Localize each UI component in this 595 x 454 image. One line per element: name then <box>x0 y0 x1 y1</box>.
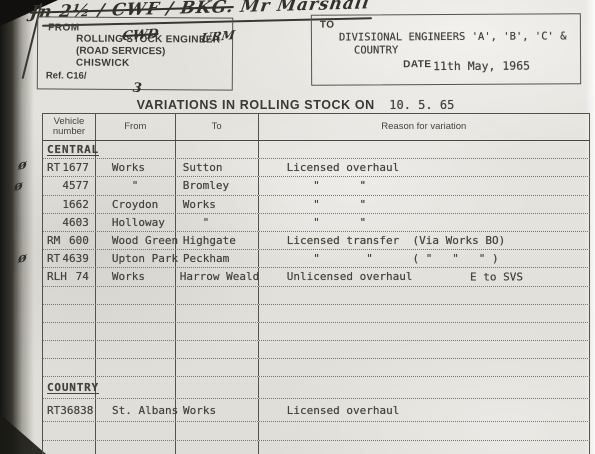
vehicle-cell <box>43 341 96 358</box>
handwriting-margin-mark: ø <box>18 250 27 266</box>
from-cell: Works <box>96 268 176 285</box>
vehicle-cell: RT1677 <box>43 159 96 176</box>
section-row-country: COUNTRY <box>43 377 590 399</box>
to-cell <box>176 377 259 398</box>
handwriting-from-annotation2: URM <box>200 28 236 46</box>
header-vehicle-number: Vehicle number <box>43 114 96 140</box>
from-cell <box>96 341 176 358</box>
handwriting-ref-number: 3 <box>132 81 142 97</box>
to-cell: Bromley <box>176 177 259 194</box>
reason-cell <box>259 141 590 158</box>
from-cell: Wood Green <box>96 232 176 249</box>
to-value: Works <box>176 198 216 211</box>
vehicle-number: 4639 <box>62 252 89 265</box>
from-cell: Upton Park <box>96 250 176 267</box>
to-cell <box>176 359 259 376</box>
table-row: 1662 Croydon Works " " <box>43 196 590 214</box>
table-row-empty <box>43 341 590 359</box>
table-row: RM600 Wood Green Highgate Licensed trans… <box>43 232 590 250</box>
date-label: DATE <box>403 59 432 70</box>
scan-shadow-left-edge <box>0 0 34 454</box>
to-cell <box>176 441 259 454</box>
vehicle-number: 74 <box>76 270 89 283</box>
scan-shadow-bottom-left-corner <box>0 414 46 454</box>
header-vehicle-line2: number <box>53 127 85 137</box>
to-value: Bromley <box>176 179 229 192</box>
reason-cell <box>259 341 590 358</box>
variations-table: Vehicle number From To Reason for variat… <box>42 113 590 454</box>
table-row: RT4639 Upton Park Peckham " " ( " " " ) <box>43 250 590 268</box>
header-reason: Reason for variation <box>259 114 590 140</box>
to-recipient-line2: COUNTRY <box>354 44 398 56</box>
table-row-empty <box>43 359 590 377</box>
vehicle-cell <box>43 359 96 376</box>
reason-cell: " " <box>259 214 590 231</box>
section-label: CENTRAL <box>43 143 99 156</box>
reason-cell <box>259 287 590 304</box>
reason-cell <box>259 377 590 398</box>
to-cell: Works <box>176 196 259 213</box>
from-cell <box>96 323 176 340</box>
vehicle-prefix: RT <box>47 404 60 417</box>
from-value: Works <box>96 161 145 174</box>
table-row: RLH74 Works Harrow Weald Unlicensed over… <box>43 268 590 286</box>
reason-value: Unlicensed overhaul <box>259 270 413 283</box>
table-row-empty <box>43 323 590 341</box>
vehicle-cell <box>43 422 96 439</box>
from-value: Croydon <box>96 198 158 211</box>
from-value: " <box>96 179 139 192</box>
to-value: Works <box>176 404 216 417</box>
vehicle-cell <box>43 323 96 340</box>
vehicle-prefix: RM <box>47 234 60 247</box>
to-value: Peckham <box>176 252 229 265</box>
to-label: TO <box>320 20 335 31</box>
table-row: 4603 Holloway " " " <box>43 214 590 232</box>
vehicle-number: 600 <box>69 234 89 247</box>
date-value: 11th May, 1965 <box>433 59 530 74</box>
reason-note: E to SVS <box>470 270 523 283</box>
header-reason-label: Reason for variation <box>381 122 466 132</box>
to-cell: Sutton <box>176 159 259 176</box>
reason-cell: " " ( " " " ) <box>259 250 590 267</box>
from-cell <box>96 359 176 376</box>
reason-cell: Licensed overhaul <box>259 399 590 421</box>
handwriting-margin-mark: ø <box>14 178 23 194</box>
from-cell <box>96 422 176 439</box>
section-row-central: CENTRAL <box>43 141 590 159</box>
vehicle-number: 4603 <box>62 216 89 229</box>
to-cell: Highgate <box>176 232 259 249</box>
handwriting-margin-mark: ø <box>18 157 27 173</box>
reason-value: Licensed overhaul <box>259 161 400 174</box>
vehicle-cell: RLH74 <box>43 268 96 285</box>
reason-value: " " <box>259 198 366 211</box>
from-org-line2: (ROAD SERVICES) <box>76 46 165 58</box>
from-cell <box>96 305 176 322</box>
vehicle-cell: RT36838 <box>43 399 96 421</box>
vehicle-cell: COUNTRY <box>43 377 96 398</box>
from-value: Wood Green <box>96 234 178 247</box>
reason-cell: Licensed transfer (Via Works BO) <box>259 232 590 249</box>
to-cell: Harrow Weald <box>176 268 259 285</box>
from-value: Works <box>96 270 145 283</box>
from-org-line3: CHISWICK <box>76 58 130 69</box>
table-row-empty <box>43 441 590 454</box>
from-cell: " <box>96 177 176 194</box>
header-from-label: From <box>124 122 146 132</box>
table-row-empty <box>43 422 590 440</box>
header-to: To <box>176 114 259 140</box>
vehicle-prefix: RT <box>47 161 60 174</box>
reason-cell <box>259 441 590 454</box>
reason-cell: " " <box>259 196 590 213</box>
to-cell <box>176 287 259 304</box>
reason-cell: Unlicensed overhaulE to SVS <box>259 268 590 285</box>
to-value: Highgate <box>176 234 236 247</box>
from-cell: St. Albans <box>96 399 176 421</box>
header-to-label: To <box>212 122 222 132</box>
form-title-date: 10. 5. 65 <box>385 98 458 114</box>
vehicle-number: 4577 <box>62 179 89 192</box>
to-cell: " <box>176 214 259 231</box>
from-value: Holloway <box>96 216 165 229</box>
reason-cell <box>259 305 590 322</box>
vehicle-prefix: RLH <box>47 270 67 283</box>
to-cell <box>176 323 259 340</box>
to-cell: Works <box>176 399 259 421</box>
vehicle-cell: 1662 <box>43 196 96 213</box>
reason-cell: Licensed overhaul <box>259 159 590 176</box>
vehicle-cell <box>43 287 96 304</box>
reason-value: Licensed transfer (Via Works BO) <box>259 234 506 247</box>
vehicle-prefix: RT <box>47 252 60 265</box>
table-row: RT1677 Works Sutton Licensed overhaul <box>43 159 590 177</box>
from-cell: Works <box>96 159 176 176</box>
vehicle-cell: CENTRAL <box>43 141 96 158</box>
to-cell <box>176 422 259 439</box>
to-value: " <box>176 216 210 229</box>
to-cell <box>176 305 259 322</box>
reason-value: " " <box>259 216 366 229</box>
to-cell <box>176 141 259 158</box>
to-cell: Peckham <box>176 250 259 267</box>
reason-cell: " " <box>259 177 590 194</box>
from-cell <box>96 141 176 158</box>
reason-cell <box>259 359 590 376</box>
vehicle-cell: 4603 <box>43 214 96 231</box>
from-value: St. Albans <box>96 404 178 417</box>
vehicle-number: 1662 <box>62 198 89 211</box>
from-cell: Holloway <box>96 214 176 231</box>
from-cell <box>96 377 176 398</box>
from-cell <box>96 287 176 304</box>
table-row-empty <box>43 305 590 323</box>
form-title: VARIATIONS IN ROLLING STOCK ON <box>137 98 375 112</box>
table-row: RT36838 St. Albans Works Licensed overha… <box>43 399 590 422</box>
vehicle-cell: RM600 <box>43 232 96 249</box>
reason-value: " " ( " " " ) <box>259 252 499 265</box>
ref-label: Ref. C16/ <box>46 70 87 81</box>
from-cell <box>96 441 176 454</box>
from-label: FROM <box>48 22 80 33</box>
to-cell <box>176 341 259 358</box>
table-row-empty <box>43 287 590 305</box>
to-address-box: TO DIVISIONAL ENGINEERS 'A', 'B', 'C' & … <box>311 13 581 85</box>
table-header-row: Vehicle number From To Reason for variat… <box>43 114 590 141</box>
form-title-row: VARIATIONS IN ROLLING STOCK ON 10. 5. 65 <box>0 96 595 114</box>
vehicle-number: 1677 <box>62 161 89 174</box>
to-recipient-line1: DIVISIONAL ENGINEERS 'A', 'B', 'C' & <box>339 30 567 43</box>
from-value: Upton Park <box>96 252 178 265</box>
vehicle-cell <box>43 305 96 322</box>
from-cell: Croydon <box>96 196 176 213</box>
vehicle-cell <box>43 441 96 454</box>
handwriting-from-annotation: CWD <box>121 27 159 44</box>
vehicle-cell: 4577 <box>43 177 96 194</box>
to-value: Sutton <box>176 161 223 174</box>
table-row: 4577 " Bromley " " <box>43 177 590 195</box>
vehicle-number: 36838 <box>60 404 93 417</box>
reason-cell <box>259 323 590 340</box>
from-address-box: FROM ROLLING STOCK ENGINEER (ROAD SERVIC… <box>37 16 234 90</box>
scanned-memo-page: Jn 2½ / CWF / BKG. Mr Marshall FROM ROLL… <box>0 0 595 454</box>
header-from: From <box>96 114 176 140</box>
to-value: Harrow Weald <box>176 270 259 283</box>
reason-value: Licensed overhaul <box>259 404 400 417</box>
reason-cell <box>259 422 590 439</box>
section-label: COUNTRY <box>43 381 99 394</box>
vehicle-cell: RT4639 <box>43 250 96 267</box>
reason-value: " " <box>259 179 366 192</box>
